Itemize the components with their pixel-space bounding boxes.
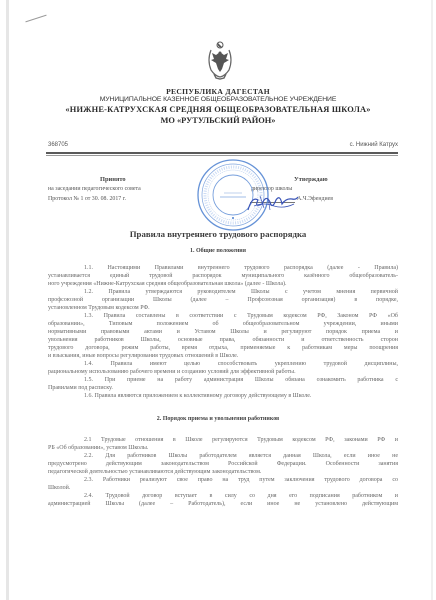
village-name: с. Нижний Катрух bbox=[350, 142, 398, 148]
section-title-hiring: 2. Порядок приема и увольнения работнико… bbox=[0, 416, 436, 422]
header-divider bbox=[46, 152, 398, 154]
accepted-title: Принято bbox=[100, 176, 126, 183]
paragraph-2-1: 2.1 Трудовые отношения в Школе регулирую… bbox=[48, 437, 398, 453]
approve-title: Утверждаю bbox=[294, 176, 328, 183]
paragraph-2-2: 2.2. Для работников Школы работодателем … bbox=[48, 453, 398, 477]
section-title-general: 1. Общие положения bbox=[0, 248, 436, 254]
director-signature bbox=[244, 190, 300, 214]
director-name: А.Ч.Эфендиев bbox=[297, 196, 333, 202]
school-name: «НИЖНЕ-КАТРУХСКАЯ СРЕДНЯЯ ОБЩЕОБРАЗОВАТЕ… bbox=[0, 105, 436, 114]
paragraph-1-5: 1.5. При приеме на работу администрация … bbox=[48, 377, 398, 393]
dagestan-emblem-icon bbox=[205, 38, 235, 82]
paragraph-1-1: 1.1. Настоящими Правилами внутреннего тр… bbox=[48, 265, 398, 289]
accepted-council-line: на заседании педагогического совета bbox=[48, 186, 141, 192]
paragraph-2-3: 2.3. Работники реализуют свое право на т… bbox=[48, 477, 398, 493]
accepted-protocol-line: Протокол № 1 от 30. 08. 2017 г. bbox=[48, 196, 126, 202]
institution-type: МУНИЦИПАЛЬНОЕ КАЗЕННОЕ ОБЩЕОБРАЗОВАТЕЛЬН… bbox=[0, 96, 436, 103]
paragraph-1-6: 1.6. Правила являются приложением к колл… bbox=[48, 393, 398, 401]
scan-mark bbox=[25, 15, 46, 23]
header-divider-thin bbox=[46, 155, 398, 156]
paragraph-1-3: 1.3. Правила составлены в соответствии с… bbox=[48, 313, 398, 360]
paragraph-2-4: 2.4. Трудовой договор вступает в силу со… bbox=[48, 493, 398, 509]
document-title: Правила внутреннего трудового распорядка bbox=[0, 229, 436, 239]
postcode: 368705 bbox=[48, 142, 68, 148]
paragraph-1-2: 1.2. Правила утверждаются руководителем … bbox=[48, 289, 398, 313]
district-name: МО «РУТУЛЬСКИЙ РАЙОН» bbox=[0, 116, 436, 125]
republic-name: РЕСПУБЛИКА ДАГЕСТАН bbox=[0, 87, 436, 96]
paragraph-1-4: 1.4. Правила имеют целью способствовать … bbox=[48, 361, 398, 377]
